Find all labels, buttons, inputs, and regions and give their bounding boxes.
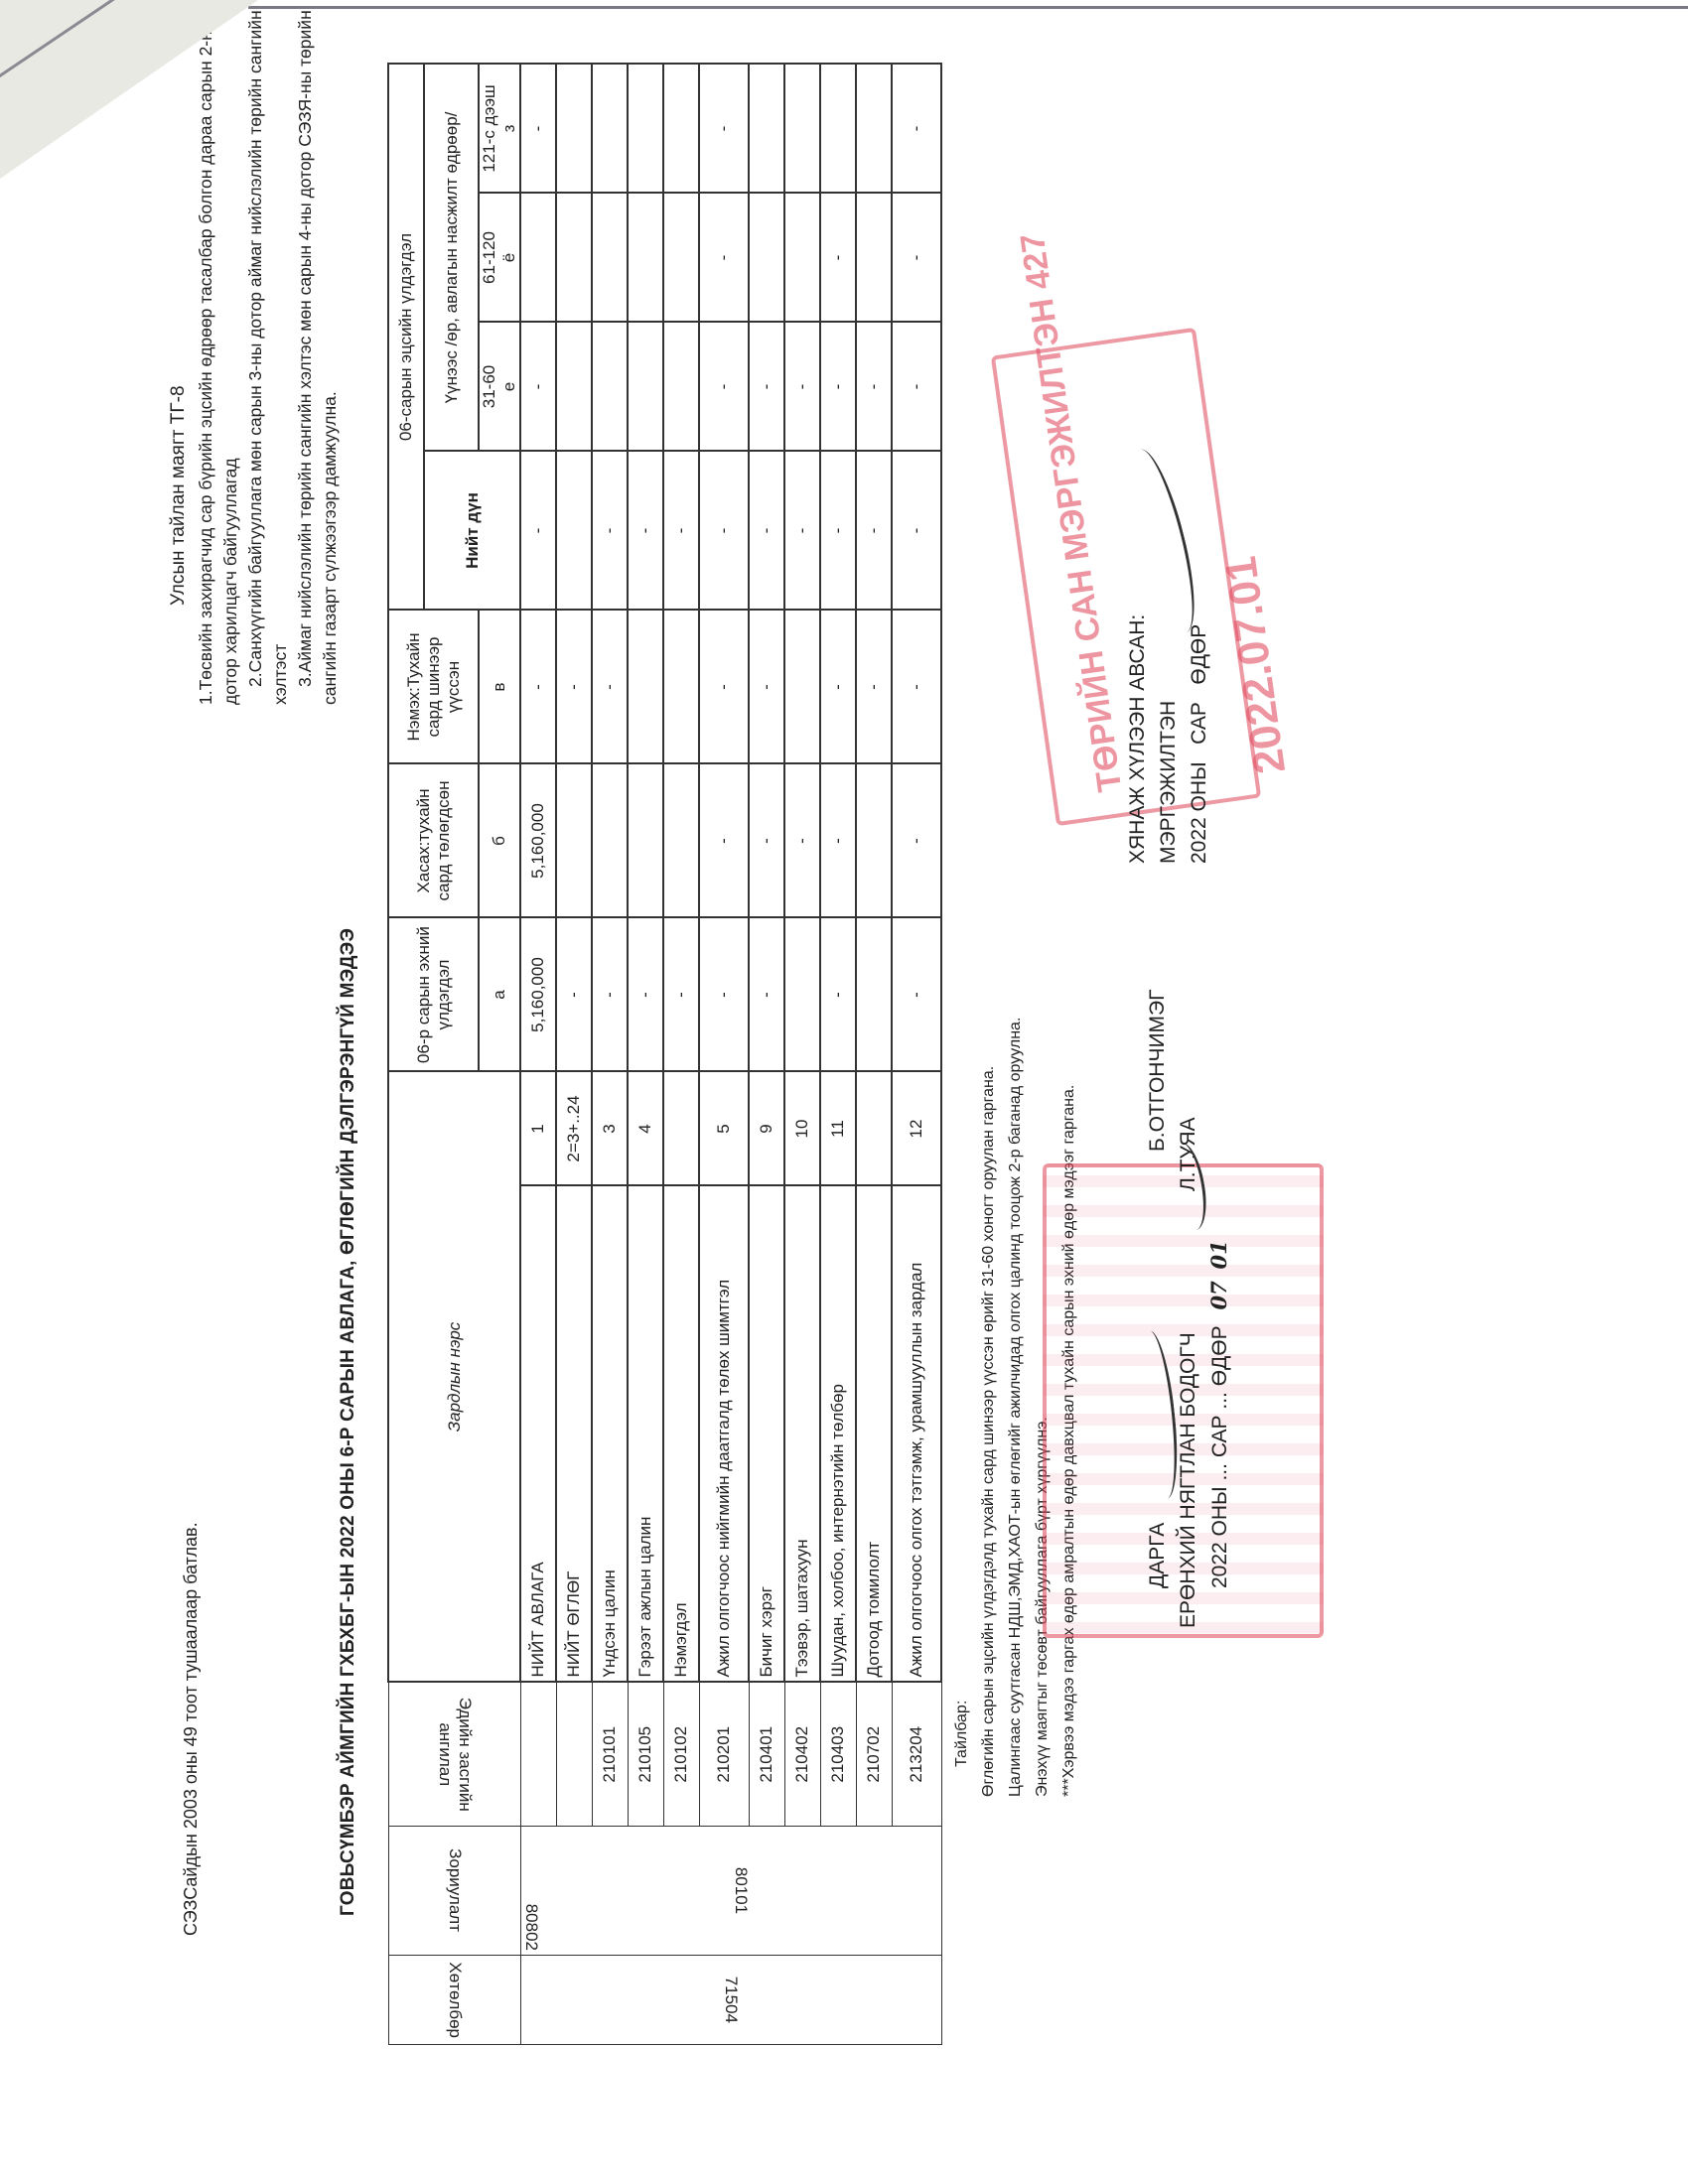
- value-cell-z: [749, 64, 784, 193]
- notes-label: Тайлбар:: [948, 1018, 975, 1797]
- value-cell-a: 5,160,000: [520, 918, 556, 1072]
- header-purpose: Зориулалт: [388, 1827, 520, 1956]
- value-cell-yo: [556, 194, 592, 323]
- instruction-line: хэлтэст: [268, 69, 293, 705]
- value-cell-g: [556, 452, 592, 611]
- value-cell-z: [784, 64, 820, 193]
- line-number-cell: 4: [628, 1072, 663, 1186]
- econ-class-cell: 210102: [663, 1683, 699, 1827]
- econ-class-cell: [520, 1683, 556, 1827]
- expense-name-cell: Бичиг хэрэг: [749, 1186, 784, 1683]
- value-cell-a: [856, 918, 892, 1072]
- line-number-cell: 11: [820, 1072, 856, 1186]
- value-cell-e: -: [856, 323, 892, 452]
- col-code-b: б: [479, 764, 520, 918]
- expense-name-cell: Ажил олгогчоос олгох тэтгэмж, урамшууллы…: [892, 1186, 941, 1683]
- value-cell-v: -: [856, 611, 892, 764]
- value-cell-g: -: [856, 452, 892, 611]
- value-cell-v: -: [556, 611, 592, 764]
- value-cell-a: -: [749, 918, 784, 1072]
- econ-class-cell: 210403: [820, 1683, 856, 1827]
- value-cell-g: -: [592, 452, 628, 611]
- receivables-payables-table: Хөтөлбөр Зориулалт Эдийн засгийн ангилал…: [387, 63, 942, 2045]
- expense-name-cell: Нэмэгдэл: [663, 1186, 699, 1683]
- line-number-cell: 12: [892, 1072, 941, 1186]
- specialist-label: МЭРГЭЖИЛТЭН: [1153, 614, 1184, 864]
- value-cell-z: [820, 64, 856, 193]
- value-cell-b: -: [749, 764, 784, 918]
- value-cell-v: [663, 611, 699, 764]
- header-opening-balance: 06-р сарын эхний үлдэгдэл: [388, 918, 479, 1072]
- header-total: Нийт дүн: [424, 452, 520, 611]
- table-row: 210401Бичиг хэрэг9-----: [749, 64, 784, 2044]
- line-number-cell: [663, 1072, 699, 1186]
- value-cell-a: -: [663, 918, 699, 1072]
- econ-class-cell: 210702: [856, 1683, 892, 1827]
- econ-class-cell: 210101: [592, 1683, 628, 1827]
- header-increase: Нэмэх:Тухайн сард шинээр үүссэн: [388, 611, 479, 764]
- col-code-v: в: [479, 611, 520, 764]
- header-31-60: 31-60е: [479, 323, 520, 452]
- line-number-cell: 2=3+..24: [556, 1072, 592, 1186]
- table-row: 210403Шуудан, холбоо, интернэтийн төлбөр…: [820, 64, 856, 2044]
- instruction-line: 3.Аймаг нийслэлийн төрийн сангийн хэлтэс…: [293, 69, 318, 705]
- line-number-cell: 9: [749, 1072, 784, 1186]
- value-cell-z: [856, 64, 892, 193]
- table-row: 210402Тээвэр, шатахуун10---: [784, 64, 820, 2044]
- value-cell-a: -: [628, 918, 663, 1072]
- econ-class-cell: 213204: [892, 1683, 941, 1827]
- value-cell-yo: [520, 194, 556, 323]
- signature-block-right: ХЯНАЖ ХҮЛЭЭН АВСАН: МЭРГЭЖИЛТЭН 2022 ОНЫ…: [1122, 614, 1214, 864]
- value-cell-yo: -: [699, 194, 749, 323]
- value-cell-z: -: [520, 64, 556, 193]
- value-cell-b: -: [820, 764, 856, 918]
- approval-line: СЭЗСайдын 2003 оны 49 тоот тушаалаар бат…: [179, 1522, 203, 1936]
- value-cell-b: [556, 764, 592, 918]
- value-cell-e: [592, 323, 628, 452]
- value-cell-v: -: [892, 611, 941, 764]
- note-item: Өглөгийн сарын эцсийн үлдэгдэлд тухайн с…: [975, 1018, 1002, 1797]
- program-code-cell: 71504: [520, 1956, 941, 2045]
- received-by-label: ХЯНАЖ ХҮЛЭЭН АВСАН:: [1122, 614, 1153, 864]
- value-cell-a: -: [892, 918, 941, 1072]
- value-cell-a: -: [592, 918, 628, 1072]
- role-chief-accountant: ЕРӨНХИЙ НЯГТЛАН БОДОГЧ: [1173, 1191, 1203, 1628]
- value-cell-yo: -: [892, 194, 941, 323]
- value-cell-e: -: [520, 323, 556, 452]
- table-row: 210702Дотоод томилолт---: [856, 64, 892, 2044]
- header-program: Хөтөлбөр: [388, 1956, 520, 2045]
- value-cell-g: -: [820, 452, 856, 611]
- header-econ-class: Эдийн засгийн ангилал: [388, 1683, 520, 1827]
- expense-name-cell: Үндсэн цалин: [592, 1186, 628, 1683]
- header-expense-type: Зардлын нэрс: [388, 1072, 520, 1683]
- value-cell-g: -: [628, 452, 663, 611]
- value-cell-v: -: [699, 611, 749, 764]
- date-line-right: 2022 ОНЫ САР ӨДӨР: [1184, 614, 1214, 864]
- value-cell-yo: [856, 194, 892, 323]
- expense-name-cell: Шуудан, холбоо, интернэтийн төлбөр: [820, 1186, 856, 1683]
- value-cell-yo: [628, 194, 663, 323]
- econ-class-cell: 210401: [749, 1683, 784, 1827]
- line-number-cell: 10: [784, 1072, 820, 1186]
- value-cell-b: -: [699, 764, 749, 918]
- value-cell-g: -: [520, 452, 556, 611]
- value-cell-b: [663, 764, 699, 918]
- value-cell-e: [556, 323, 592, 452]
- value-cell-v: -: [749, 611, 784, 764]
- value-cell-yo: -: [820, 194, 856, 323]
- value-cell-g: -: [784, 452, 820, 611]
- value-cell-yo: [592, 194, 628, 323]
- value-cell-yo: [663, 194, 699, 323]
- table-row: 210105Гэрээт ажлын цалин4--: [628, 64, 663, 2044]
- value-cell-v: -: [592, 611, 628, 764]
- value-cell-g: -: [892, 452, 941, 611]
- value-cell-z: [592, 64, 628, 193]
- value-cell-e: -: [749, 323, 784, 452]
- expense-name-cell: НИЙТ АВЛАГА: [520, 1186, 556, 1683]
- value-cell-g: -: [749, 452, 784, 611]
- value-cell-a: -: [699, 918, 749, 1072]
- value-cell-e: [663, 323, 699, 452]
- value-cell-b: 5,160,000: [520, 764, 556, 918]
- expense-name-cell: Тээвэр, шатахуун: [784, 1186, 820, 1683]
- header-decrease: Хасах:тухайн сард төлөгдсөн: [388, 764, 479, 918]
- value-cell-z: [556, 64, 592, 193]
- value-cell-v: [628, 611, 663, 764]
- table-row: 213204Ажил олгогчоос олгох тэтгэмж, урам…: [892, 64, 941, 2044]
- value-cell-a: -: [820, 918, 856, 1072]
- value-cell-e: -: [892, 323, 941, 452]
- note-item: Цалингаас суутгасан НДШ,ЭМД,ХАОТ-ын өглө…: [1002, 1018, 1029, 1797]
- econ-class-cell: 210402: [784, 1683, 820, 1827]
- rotated-page: Улсын тайлан маягт ТГ-8 1.Төсвийн захира…: [0, 0, 1688, 2184]
- line-number-cell: 1: [520, 1072, 556, 1186]
- value-cell-v: -: [820, 611, 856, 764]
- value-cell-z: -: [892, 64, 941, 193]
- value-cell-b: [856, 764, 892, 918]
- expense-name-cell: НИЙТ ӨГЛӨГ: [556, 1186, 592, 1683]
- table-row: 715048080280101НИЙТ АВЛАГА15,160,0005,16…: [520, 64, 556, 2044]
- folded-corner: [0, 0, 258, 179]
- table-row: 210201Ажил олгогчоос нийгмийн даатгалд т…: [699, 64, 749, 2044]
- value-cell-e: [628, 323, 663, 452]
- purpose-code-cell: 8080280101: [520, 1827, 941, 1956]
- line-number-cell: 3: [592, 1072, 628, 1186]
- header-61-120: 61-120ё: [479, 194, 520, 323]
- expense-name-cell: Гэрээт ажлын цалин: [628, 1186, 663, 1683]
- value-cell-v: [784, 611, 820, 764]
- value-cell-yo: [784, 194, 820, 323]
- line-number-cell: 5: [699, 1072, 749, 1186]
- value-cell-e: -: [820, 323, 856, 452]
- econ-class-cell: 210201: [699, 1683, 749, 1827]
- value-cell-b: -: [784, 764, 820, 918]
- value-cell-b: [592, 764, 628, 918]
- value-cell-z: -: [699, 64, 749, 193]
- expense-name-cell: Дотоод томилолт: [856, 1186, 892, 1683]
- table-row: 210101Үндсэн цалин3---: [592, 64, 628, 2044]
- econ-class-cell: [556, 1683, 592, 1827]
- document-title: ГОВЬСҮМБЭР АЙМГИЙН ГХБХБГ-ЫН 2022 ОНЫ 6-…: [338, 928, 359, 1916]
- header-121-plus: 121-с дээшз: [479, 64, 520, 193]
- form-reference: Улсын тайлан маягт ТГ-8: [167, 385, 191, 606]
- header-aging-group: Үүнээс /өр, авлагын насжилт өдрөөр/: [424, 64, 479, 451]
- header-closing-group: 06-сарын эцсийн үлдэгдэл: [388, 64, 424, 610]
- value-cell-v: -: [520, 611, 556, 764]
- value-cell-a: [784, 918, 820, 1072]
- date-line-left: 2022 ОНЫ ... САР ... ӨДӨР 07 01: [1203, 989, 1235, 1628]
- value-cell-e: -: [699, 323, 749, 452]
- col-code-a: а: [479, 918, 520, 1072]
- value-cell-b: -: [892, 764, 941, 918]
- value-cell-g: -: [663, 452, 699, 611]
- name-director: Б.ОТГОНЧИМЭГ: [1146, 989, 1169, 1291]
- value-cell-a: -: [556, 918, 592, 1072]
- expense-name-cell: Ажил олгогчоос нийгмийн даатгалд төлөх ш…: [699, 1186, 749, 1683]
- line-number-cell: [856, 1072, 892, 1186]
- table-row: НИЙТ ӨГЛӨГ2=3+..24--: [556, 64, 592, 2044]
- value-cell-e: -: [784, 323, 820, 452]
- econ-class-cell: 210105: [628, 1683, 663, 1827]
- value-cell-yo: [749, 194, 784, 323]
- signature-block-left: ДАРГАБ.ОТГОНЧИМЭГ ЕРӨНХИЙ НЯГТЛАН БОДОГЧ…: [1142, 989, 1235, 1628]
- value-cell-g: -: [699, 452, 749, 611]
- instruction-line: сангийн газарт сүлжээгээр дамжуулна.: [318, 69, 343, 705]
- value-cell-z: [628, 64, 663, 193]
- value-cell-z: [663, 64, 699, 193]
- table-row: 210102Нэмэгдэл--: [663, 64, 699, 2044]
- value-cell-b: [628, 764, 663, 918]
